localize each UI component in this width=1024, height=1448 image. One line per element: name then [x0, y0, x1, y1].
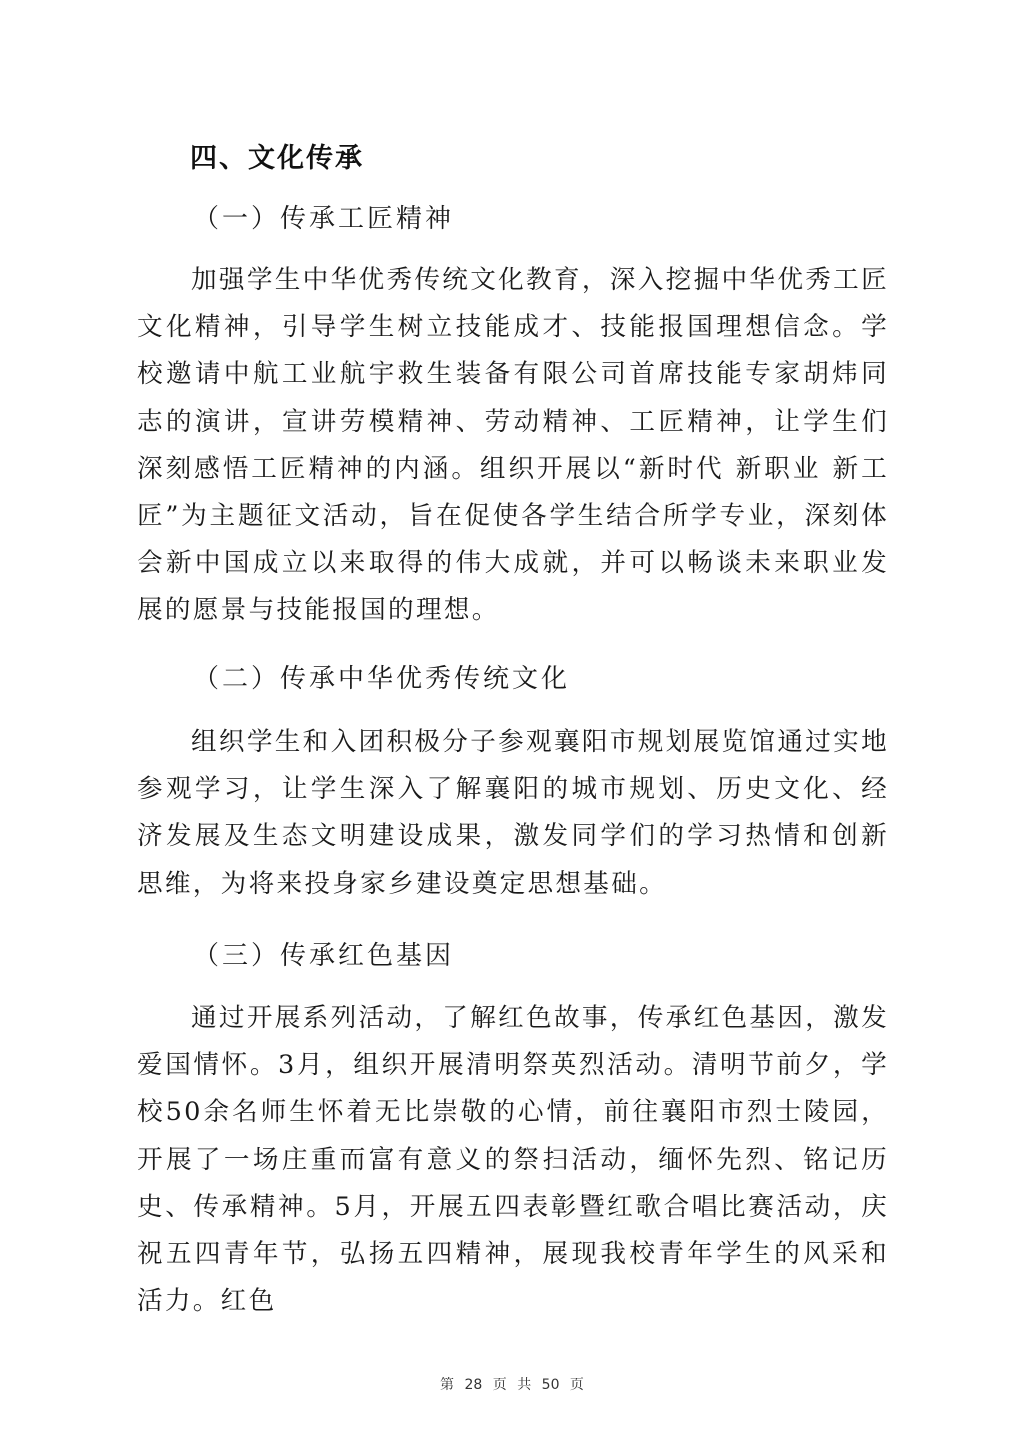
subsection-heading-3: （三）传承红色基因: [193, 935, 454, 972]
paragraph-3: 通过开展系列活动，了解红色故事，传承红色基因，激发爱国情怀。3月，组织开展清明祭…: [137, 995, 889, 1325]
subsection-heading-1: （一）传承工匠精神: [193, 198, 454, 235]
paragraph-1: 加强学生中华优秀传统文化教育，深入挖掘中华优秀工匠文化精神，引导学生树立技能成才…: [137, 257, 889, 635]
subsection-heading-2: （二）传承中华优秀传统文化: [193, 658, 570, 695]
section-title: 四、文化传承: [190, 136, 364, 175]
document-page: 四、文化传承 （一）传承工匠精神 加强学生中华优秀传统文化教育，深入挖掘中华优秀…: [0, 0, 1024, 1448]
page-number-footer: 第 28 页 共 50 页: [0, 1374, 1024, 1394]
paragraph-2: 组织学生和入团积极分子参观襄阳市规划展览馆通过实地参观学习，让学生深入了解襄阳的…: [137, 719, 889, 908]
